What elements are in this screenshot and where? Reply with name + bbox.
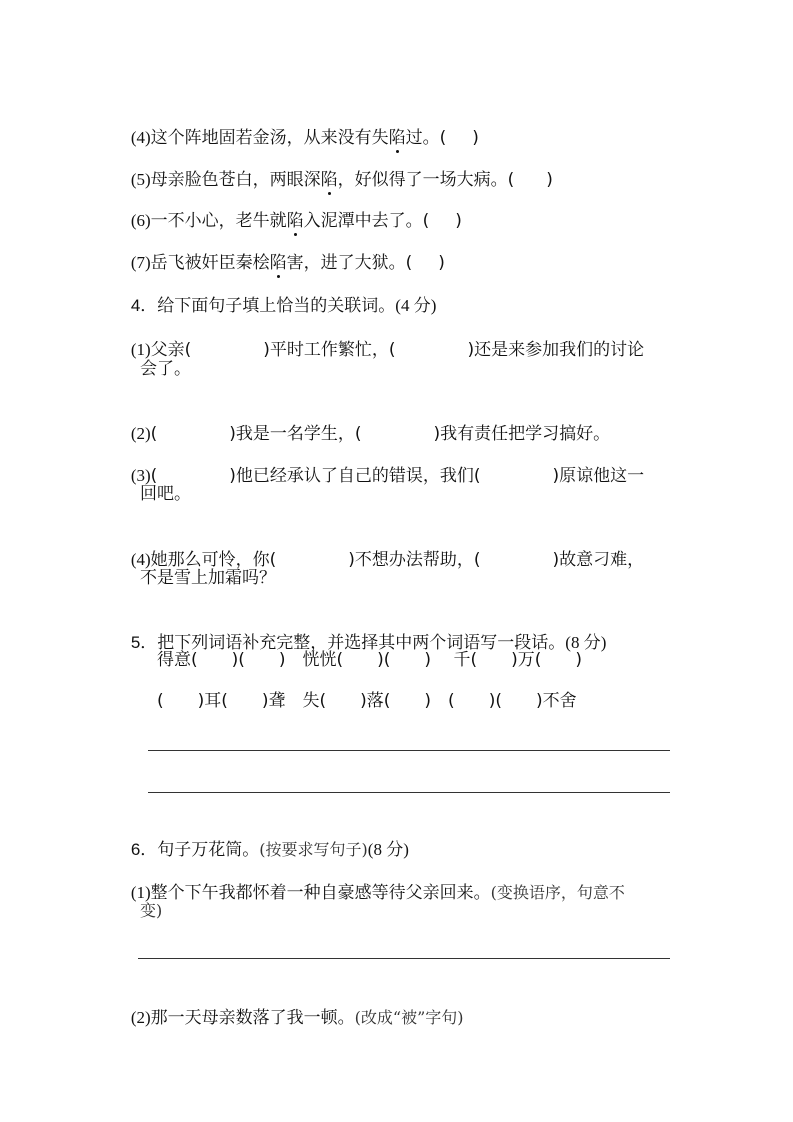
q6-item-1: (1)整个下午我都怀着一种自豪感等待父亲回来。(变换语序，句意不: [120, 857, 625, 905]
q4-item-2: (2)()我是一名学生，()我有责任把学习搞好。: [120, 398, 610, 446]
q6-item-1-cont: 变): [140, 899, 162, 923]
q3-item-6: (6)一不小心，老牛就陷入泥潭中去了。(): [120, 185, 462, 233]
q5-words-row-2: ( )耳( )聋 失( )落( ) ( )( )不舍: [157, 689, 577, 713]
q3-item-4: (4)这个阵地固若金汤，从来没有失陷过。(): [120, 102, 479, 150]
q4-item-3: (3)()他已经承认了自己的错误，我们()原谅他这一: [120, 440, 644, 488]
q4-item-1: (1)父亲()平时工作繁忙，()还是来参加我们的讨论: [120, 314, 644, 362]
writing-line[interactable]: [138, 958, 670, 959]
q4-heading: 4．给下面句子填上恰当的关联词。(4 分): [120, 270, 436, 318]
q6-item-2: (2)那一天母亲数落了我一顿。(改成“被”字句): [120, 982, 464, 1030]
q5-words-row-1: 得意( )( ) 恍恍( )( ) 千( )万( ): [157, 648, 582, 672]
q4-item-3-cont: 回吧。: [140, 482, 191, 506]
q4-item-4: (4)她那么可怜，你()不想办法帮助，()故意刁难，: [120, 524, 644, 572]
q4-item-4-cont: 不是雪上加霜吗？: [140, 566, 276, 590]
writing-line[interactable]: [148, 750, 670, 751]
q6-heading: 6．句子万花筒。(按要求写句子)(8 分): [120, 814, 409, 862]
writing-line[interactable]: [148, 792, 670, 793]
q4-item-1-cont: 会了。: [140, 357, 191, 381]
q3-item-7: (7)岳飞被奸臣秦桧陷害，进了大狱。(): [120, 227, 445, 275]
